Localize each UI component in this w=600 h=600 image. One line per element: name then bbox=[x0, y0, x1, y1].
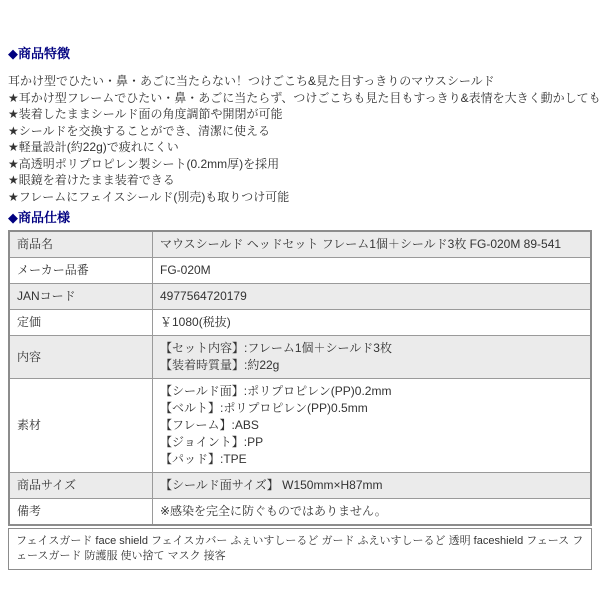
spec-label: 内容 bbox=[9, 336, 153, 379]
spec-value-line: マウスシールド ヘッドセット フレーム1個＋シールド3枚 FG-020M 89-… bbox=[160, 236, 583, 253]
specs-table: 商品名マウスシールド ヘッドセット フレーム1個＋シールド3枚 FG-020M … bbox=[8, 230, 592, 526]
spec-value: ※感染を完全に防ぐものではありません。 bbox=[153, 499, 592, 526]
spec-label: 素材 bbox=[9, 379, 153, 473]
feature-item: ★装着したままシールド面の角度調節や開閉が可能 bbox=[8, 106, 592, 123]
features-list: 耳かけ型でひたい・鼻・あごに当たらない！つけごこち&見た目すっきりのマウスシール… bbox=[8, 73, 592, 205]
keywords-text: フェイスガード face shield フェイスカバー ふぇいすしーるど ガード… bbox=[16, 535, 583, 562]
feature-item: ★フレームにフェイスシールド(別売)も取りつけ可能 bbox=[8, 189, 592, 206]
specs-table-body: 商品名マウスシールド ヘッドセット フレーム1個＋シールド3枚 FG-020M … bbox=[9, 231, 591, 525]
spec-value: 【シールド面】:ポリプロピレン(PP)0.2mm【ベルト】:ポリプロピレン(PP… bbox=[153, 379, 592, 473]
spec-value-line: FG-020M bbox=[160, 262, 583, 279]
spec-value-line: 【ベルト】:ポリプロピレン(PP)0.5mm bbox=[160, 400, 583, 417]
spec-label: メーカー品番 bbox=[9, 258, 153, 284]
features-intro: 耳かけ型でひたい・鼻・あごに当たらない！つけごこち&見た目すっきりのマウスシール… bbox=[8, 73, 592, 90]
table-row: 備考※感染を完全に防ぐものではありません。 bbox=[9, 499, 591, 526]
spec-value-line: 【シールド面】:ポリプロピレン(PP)0.2mm bbox=[160, 383, 583, 400]
spec-value-line: 4977564720179 bbox=[160, 288, 583, 305]
spec-value-line: ※感染を完全に防ぐものではありません。 bbox=[160, 503, 583, 520]
spec-value: 4977564720179 bbox=[153, 284, 592, 310]
spec-value-line: 【セット内容】:フレーム1個＋シールド3枚 bbox=[160, 340, 583, 357]
spec-label: 定価 bbox=[9, 310, 153, 336]
feature-item: ★眼鏡を着けたまま装着できる bbox=[8, 172, 592, 189]
table-row: 商品サイズ【シールド面サイズ】 W150mm×H87mm bbox=[9, 473, 591, 499]
spec-value-line: ￥1080(税抜) bbox=[160, 314, 583, 331]
spec-value-line: 【装着時質量】:約22g bbox=[160, 357, 583, 374]
feature-item: ★シールドを交換することができ、清潔に使える bbox=[8, 123, 592, 140]
spec-value-line: 【フレーム】:ABS bbox=[160, 417, 583, 434]
table-row: JANコード4977564720179 bbox=[9, 284, 591, 310]
spec-label: JANコード bbox=[9, 284, 153, 310]
spec-label: 商品名 bbox=[9, 231, 153, 258]
table-row: 素材【シールド面】:ポリプロピレン(PP)0.2mm【ベルト】:ポリプロピレン(… bbox=[9, 379, 591, 473]
spec-value-line: 【シールド面サイズ】 W150mm×H87mm bbox=[160, 477, 583, 494]
spec-label: 商品サイズ bbox=[9, 473, 153, 499]
feature-item: ★耳かけ型フレームでひたい・鼻・あごに当たらず、つけごこちも見た目もすっきり&表… bbox=[8, 90, 592, 107]
specs-heading: ◆商品仕様 bbox=[8, 211, 592, 225]
keywords-box: フェイスガード face shield フェイスカバー ふぇいすしーるど ガード… bbox=[8, 528, 592, 570]
spec-value: ￥1080(税抜) bbox=[153, 310, 592, 336]
feature-item: ★軽量設計(約22g)で疲れにくい bbox=[8, 139, 592, 156]
spec-value: 【セット内容】:フレーム1個＋シールド3枚【装着時質量】:約22g bbox=[153, 336, 592, 379]
product-description-page: ◆商品特徴 耳かけ型でひたい・鼻・あごに当たらない！つけごこち&見た目すっきりの… bbox=[0, 0, 600, 570]
spec-value: FG-020M bbox=[153, 258, 592, 284]
spec-value-line: 【ジョイント】:PP bbox=[160, 434, 583, 451]
features-heading: ◆商品特徴 bbox=[8, 47, 592, 61]
spec-value: マウスシールド ヘッドセット フレーム1個＋シールド3枚 FG-020M 89-… bbox=[153, 231, 592, 258]
table-row: メーカー品番FG-020M bbox=[9, 258, 591, 284]
feature-item: ★高透明ポリプロピレン製シート(0.2mm厚)を採用 bbox=[8, 156, 592, 173]
spec-value-line: 【パッド】:TPE bbox=[160, 451, 583, 468]
table-row: 内容【セット内容】:フレーム1個＋シールド3枚【装着時質量】:約22g bbox=[9, 336, 591, 379]
table-row: 定価￥1080(税抜) bbox=[9, 310, 591, 336]
table-row: 商品名マウスシールド ヘッドセット フレーム1個＋シールド3枚 FG-020M … bbox=[9, 231, 591, 258]
spec-label: 備考 bbox=[9, 499, 153, 526]
spec-value: 【シールド面サイズ】 W150mm×H87mm bbox=[153, 473, 592, 499]
